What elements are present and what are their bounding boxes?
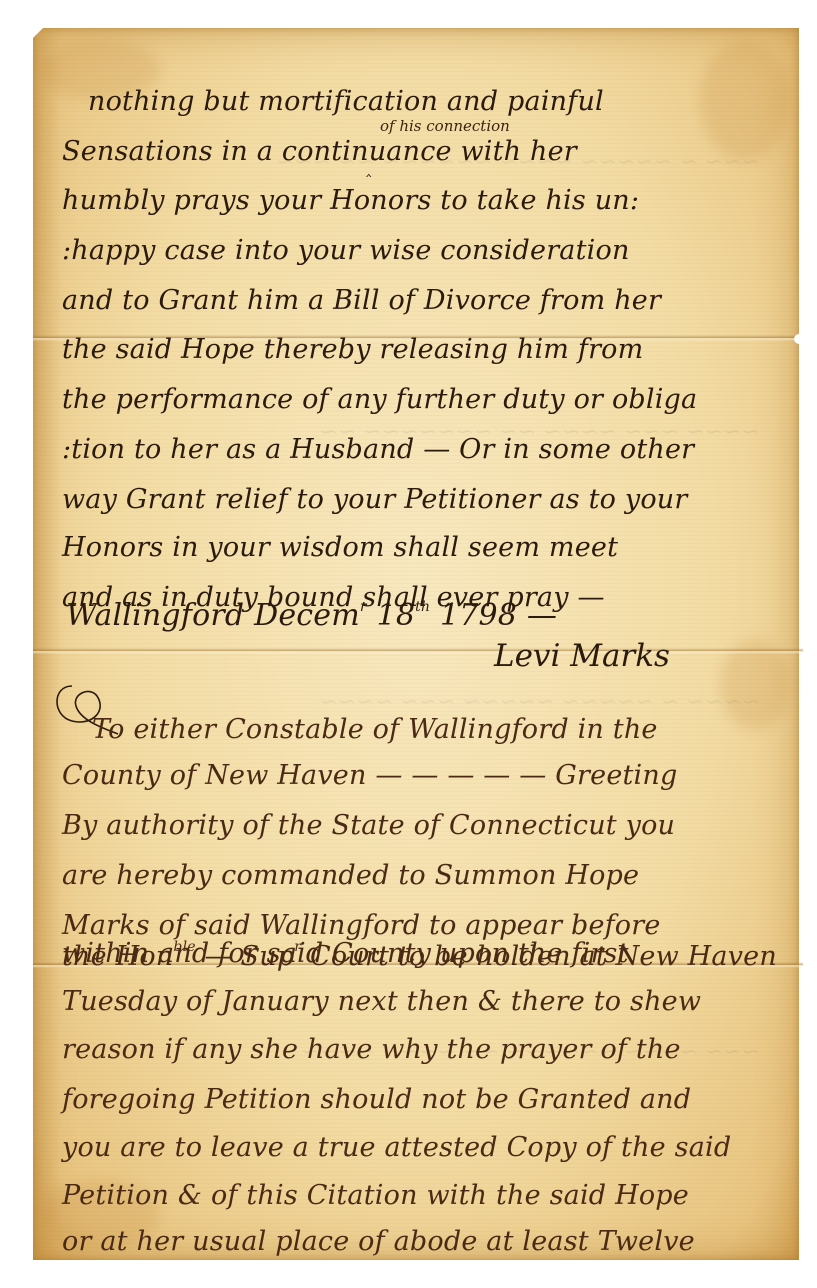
- manuscript-line: Sensations in a continuance with her: [62, 138, 577, 165]
- manuscript-line: Honors in your wisdom shall seem meet: [62, 534, 618, 561]
- manuscript-line: reason if any she have why the prayer of…: [62, 1036, 681, 1063]
- paper-stain: [700, 40, 790, 160]
- date-line: Wallingford Decemr 18th 1798 —: [66, 600, 557, 631]
- manuscript-line: Tuesday of January next then & there to …: [62, 988, 701, 1015]
- date-month: Decem: [254, 598, 360, 633]
- manuscript-line: you are to leave a true attested Copy of…: [62, 1134, 731, 1161]
- manuscript-line: Marks of said Wallingford to appear befo…: [62, 912, 661, 939]
- interlinear-insertion: of his connection: [380, 117, 510, 135]
- manuscript-line: County of New Haven — — — — — Greeting: [62, 762, 677, 789]
- signature: Levi Marks: [494, 638, 670, 674]
- manuscript-line: Petition & of this Citation with the sai…: [62, 1182, 689, 1209]
- edge-tear: [794, 334, 804, 344]
- date-year: 1798 —: [440, 598, 557, 633]
- date-day-sup: th: [415, 599, 430, 615]
- manuscript-line: are hereby commanded to Summon Hope: [62, 862, 639, 889]
- date-month-sup: r: [360, 599, 367, 615]
- manuscript-line: or at her usual place of abode at least …: [62, 1228, 695, 1255]
- manuscript-line: and to Grant him a Bill of Divorce from …: [62, 287, 661, 314]
- manuscript-line: foregoing Petition should not be Granted…: [62, 1086, 691, 1113]
- fold-line: [33, 648, 803, 654]
- manuscript-line: By authority of the State of Connecticut…: [62, 812, 675, 839]
- manuscript-line: the performance of any further duty or o…: [62, 386, 697, 413]
- manuscript-line: :tion to her as a Husband — Or in some o…: [62, 436, 694, 463]
- manuscript-line: the said Hope thereby releasing him from: [62, 336, 643, 363]
- torn-corner: [33, 28, 43, 38]
- manuscript-line: nothing but mortification and painful: [88, 88, 604, 115]
- manuscript-line: within and for said County upon the firs…: [62, 940, 629, 967]
- manuscript-line: way Grant relief to your Petitioner as t…: [62, 486, 687, 513]
- date-day: 18: [377, 598, 416, 633]
- manuscript-line: To either Constable of Wallingford in th…: [92, 716, 658, 743]
- date-place: Wallingford: [66, 598, 244, 633]
- manuscript-line: humbly prays your Honors to take his un:: [62, 187, 639, 214]
- manuscript-line: :happy case into your wise consideration: [62, 237, 630, 264]
